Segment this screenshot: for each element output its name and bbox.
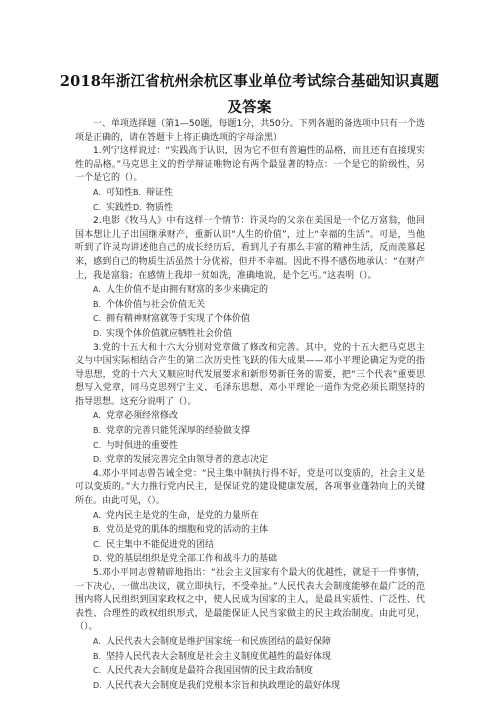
option-c: C.民主集中不能促进党的团结 [75,538,425,553]
option-d: D.党章的发展完善完全由领导者的意志决定 [75,453,425,468]
option-d: D.人民代表大会制度是我们党根本宗旨和执政理论的最好体现 [75,679,425,694]
option-d: D.物质性 [133,201,173,216]
option-c: C.拥有精神财富就等于实现了个体价值 [75,312,425,327]
document-body: 一、单项选择题（第1—50题，每题1分，共50分。下列各题的备选项中只有一个选项… [75,118,425,693]
question-stem: 4.邓小平同志曾告诫全党：“民主集中制执行得不好，党是可以变质的，社会主义是可以… [75,468,425,509]
option-row: A.可知性B.辩证性 [75,186,425,201]
question-2: 2.电影《牧马人》中有这样一个情节：许灵均的父亲在美国是一个亿万富翁，他回国本想… [75,215,425,341]
option-b: B.个体价值与社会价值无关 [75,298,425,313]
option-a: A.党章必须经常修改 [75,409,425,424]
option-a: A.可知性 [93,186,133,201]
option-b: B.辩证性 [133,186,173,201]
document-title: 2018年浙江省杭州余杭区事业单位考试综合基础知识真题 [0,70,499,91]
question-5: 5.邓小平同志曾精辟地指出：“社会主义国家有个最大的优越性，就是干一件事情，一下… [75,567,425,693]
option-row: C.实践性D.物质性 [75,201,425,216]
section-intro: 一、单项选择题（第1—50题，每题1分，共50分。下列各题的备选项中只有一个选项… [75,118,425,145]
option-a: A.人民代表大会制度是维护国家统一和民族团结的最好保障 [75,635,425,650]
option-a: A.党内民主是党的生命，是党的力量所在 [75,509,425,524]
option-b: B.党章的完善只能凭深厚的经验做支撑 [75,424,425,439]
document-page: 2018年浙江省杭州余杭区事业单位考试综合基础知识真题 及答案 一、单项选择题（… [0,0,499,706]
option-c: C.人民代表大会制度是最符合我国国情的民主政治制度 [75,664,425,679]
option-d: D.实现个体价值就应牺牲社会价值 [75,327,425,342]
question-4: 4.邓小平同志曾告诫全党：“民主集中制执行得不好，党是可以变质的，社会主义是可以… [75,468,425,567]
document-subtitle: 及答案 [0,96,499,117]
question-stem: 3.党的十五大和十六大分别对党章做了修改和完善。其中，党的十五大把马克思主义与中… [75,342,425,410]
option-c: C.实践性 [93,201,133,216]
option-d: D.党的基层组织是党全部工作和战斗力的基础 [75,552,425,567]
question-1: 1.列宁这样说过：“实践高于认识，因为它不但有普遍性的品格，而且还有直接现实性的… [75,145,425,215]
option-c: C.与时俱进的重要性 [75,439,425,454]
option-a: A.人生价值不是由拥有财富的多少来确定的 [75,283,425,298]
question-stem: 1.列宁这样说过：“实践高于认识，因为它不但有普遍性的品格，而且还有直接现实性的… [75,145,425,186]
question-stem: 2.电影《牧马人》中有这样一个情节：许灵均的父亲在美国是一个亿万富翁，他回国本想… [75,215,425,283]
question-stem: 5.邓小平同志曾精辟地指出：“社会主义国家有个最大的优越性，就是干一件事情，一下… [75,567,425,635]
question-3: 3.党的十五大和十六大分别对党章做了修改和完善。其中，党的十五大把马克思主义与中… [75,342,425,468]
option-b: B.党员是党的肌体的细胞和党的活动的主体 [75,523,425,538]
option-b: B.坚持人民代表大会制度是社会主义制度优越性的最好体现 [75,650,425,665]
